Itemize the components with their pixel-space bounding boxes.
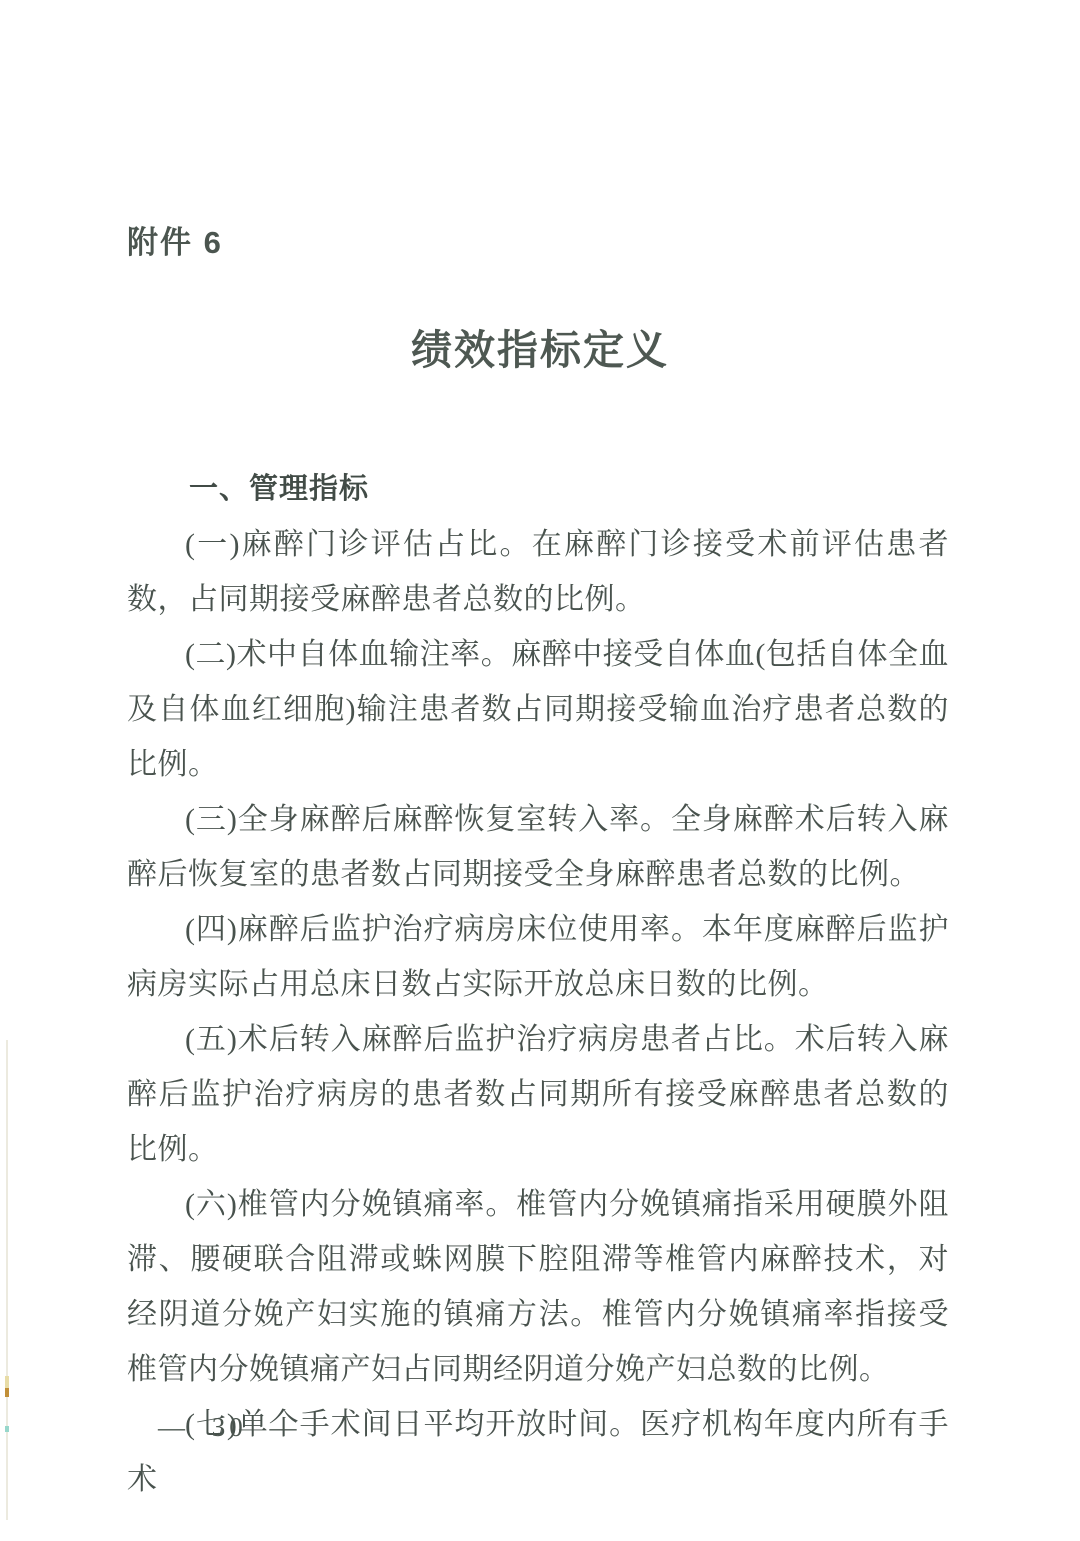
paragraph-item-5: (五)术后转入麻醉后监护治疗病房患者占比。术后转入麻醉后监护治疗病房的患者数占同… — [127, 1012, 949, 1177]
scan-mark-teal — [5, 1426, 9, 1432]
scan-mark-yellow — [5, 1376, 9, 1388]
section-heading: 一、管理指标 — [127, 462, 949, 517]
scan-edge-artifact — [6, 1040, 8, 1520]
document-title: 绩效指标定义 — [0, 324, 1080, 376]
paragraph-item-4: (四)麻醉后监护治疗病房床位使用率。本年度麻醉后监护病房实际占用总床日数占实际开… — [127, 902, 949, 1012]
page-number: — 30 — — [158, 1412, 301, 1443]
scan-mark-orange — [5, 1388, 9, 1397]
document-body: 一、管理指标 (一)麻醉门诊评估占比。在麻醉门诊接受术前评估患者数，占同期接受麻… — [127, 462, 949, 1507]
paragraph-item-6: (六)椎管内分娩镇痛率。椎管内分娩镇痛指采用硬膜外阻滞、腰硬联合阻滞或蛛网膜下腔… — [127, 1177, 949, 1397]
attachment-label: 附件 6 — [127, 217, 223, 262]
document-page: 附件 6 绩效指标定义 一、管理指标 (一)麻醉门诊评估占比。在麻醉门诊接受术前… — [0, 0, 1080, 1541]
paragraph-item-1: (一)麻醉门诊评估占比。在麻醉门诊接受术前评估患者数，占同期接受麻醉患者总数的比… — [127, 517, 949, 627]
paragraph-item-3: (三)全身麻醉后麻醉恢复室转入率。全身麻醉术后转入麻醉后恢复室的患者数占同期接受… — [127, 792, 949, 902]
paragraph-item-2: (二)术中自体血输注率。麻醉中接受自体血(包括自体全血及自体血红细胞)输注患者数… — [127, 627, 949, 792]
